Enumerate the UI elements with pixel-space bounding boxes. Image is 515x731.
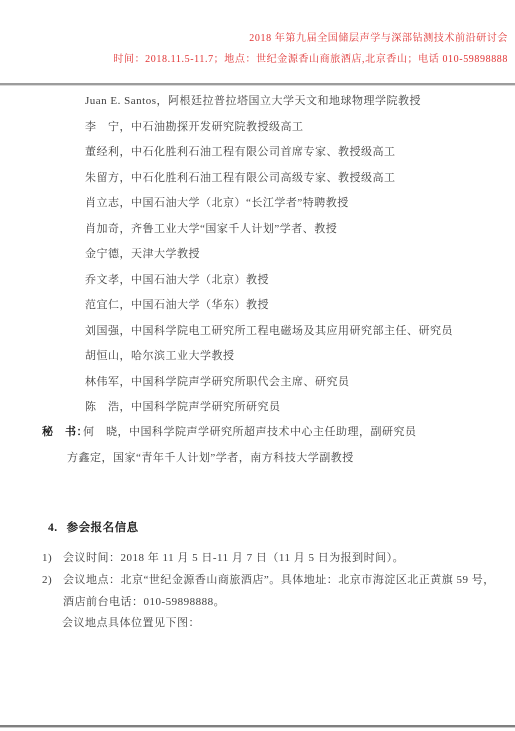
section-title: 参会报名信息 (67, 522, 139, 534)
item-text: 酒店前台电话：010-59898888。 (63, 595, 225, 610)
committee-member-line: 董经利，中石化胜利石油工程有限公司首席专家、教授级高工 (0, 140, 515, 166)
secretary-member-line: 方鑫定，国家“青年千人计划”学者，南方科技大学副教授 (0, 446, 515, 472)
committee-member-line: 肖立志，中国石油大学（北京）“长江学者”特聘教授 (0, 191, 515, 217)
committee-member-line: 金宁德，天津大学教授 (0, 242, 515, 268)
committee-member-line: 乔文孝，中国石油大学（北京）教授 (0, 268, 515, 294)
committee-member-line: 肖加奇，齐鲁工业大学“国家千人计划”学者、教授 (0, 217, 515, 243)
committee-member-line: 陈 浩，中国科学院声学研究所研究员 (0, 395, 515, 421)
committee-member-line: 刘国强，中国科学院电工研究所工程电磁场及其应用研究部主任、研究员 (0, 319, 515, 345)
item-number: 1) (42, 551, 52, 566)
document-page: 2018 年第九届全国储层声学与深部钻测技术前沿研讨会 时间：2018.11.5… (0, 0, 515, 731)
committee-member-line: 朱留方，中石化胜利石油工程有限公司高级专家、教授级高工 (0, 166, 515, 192)
secretary-section: 秘 书： 何 晓，中国科学院声学研究所超声技术中心主任助理，副研究员 方鑫定，国… (0, 420, 515, 471)
item-text: 会议时间：2018 年 11 月 5 日-11 月 7 日（11 月 5 日为报… (63, 551, 404, 566)
header-divider (0, 83, 515, 86)
secretary-label: 秘 书： (42, 420, 88, 446)
map-location-note: 会议地点具体位置见下图： (62, 616, 200, 631)
section-heading: 4.参会报名信息 (48, 521, 139, 536)
item-number: 2) (42, 573, 52, 588)
committee-member-line: 范宜仁，中国石油大学（华东）教授 (0, 293, 515, 319)
committee-member-line: 胡恒山，哈尔滨工业大学教授 (0, 344, 515, 370)
committee-member-line: Juan E. Santos，阿根廷拉普拉塔国立大学天文和地球物理学院教授 (0, 89, 515, 115)
committee-member-list: Juan E. Santos，阿根廷拉普拉塔国立大学天文和地球物理学院教授 李 … (0, 89, 515, 421)
conference-header-info: 时间：2018.11.5-11.7；地点：世纪金源香山商旅酒店,北京香山；电话 … (0, 53, 508, 67)
section-number: 4. (48, 522, 58, 534)
committee-member-line: 李 宁，中石油勘探开发研究院教授级高工 (0, 115, 515, 141)
committee-member-line: 林伟军，中国科学院声学研究所职代会主席、研究员 (0, 370, 515, 396)
item-text: 会议地点：北京“世纪金源香山商旅酒店”。具体地址：北京市海淀区北正黄旗 59 号… (63, 573, 495, 588)
page-bottom-border (0, 725, 515, 728)
conference-header-title: 2018 年第九届全国储层声学与深部钻测技术前沿研讨会 (0, 32, 508, 46)
